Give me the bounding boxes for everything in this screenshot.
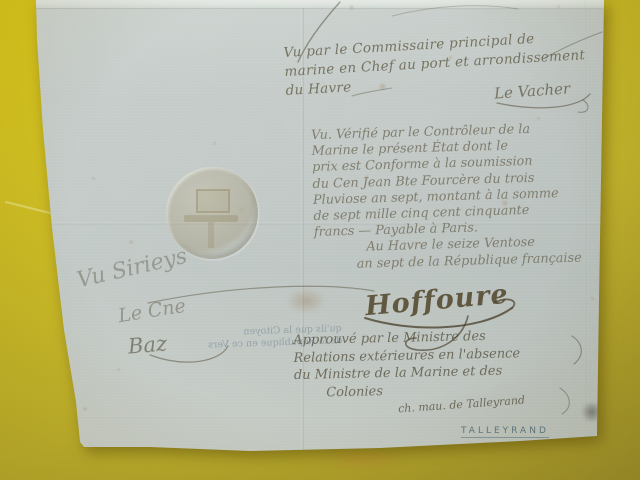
handwritten-line: du Ministre de la Marine et des — [294, 362, 521, 384]
controleur-note: Vu. Vérifié par le Contrôleur de la Mari… — [311, 121, 582, 274]
ink-stain — [286, 288, 326, 314]
paper-shadow-wrap: qu'ils que la Citoyen de la République e… — [0, 0, 640, 480]
manuscript-paper: qu'ils que la Citoyen de la République e… — [0, 0, 640, 480]
signature-le-vacher: Le Vacher — [493, 79, 570, 102]
handwritten-line: Relations extérieures en l'absence — [293, 345, 520, 367]
pencil-caption-talleyrand: TALLEYRAND — [461, 426, 549, 438]
fold-crease-horizontal-bottom — [60, 416, 600, 418]
fold-crease-horizontal-middle — [36, 222, 602, 225]
commissaire-note: Vu par le Commissaire principal de marin… — [283, 27, 587, 101]
handwritten-line: du Havre — [285, 65, 587, 101]
handwritten-line: francs — Payable à Paris. — [314, 218, 581, 242]
signature-hoffoure: Hoffoure — [364, 279, 510, 322]
handwritten-line: an sept de la République française — [357, 250, 582, 272]
ministre-note: Approuvé par le Ministre des Relations e… — [293, 327, 521, 402]
bleed-through-text: qu'ils que la Citoyen de la République e… — [172, 323, 343, 353]
handwritten-line: de sept mille cinq cent cinquante — [313, 202, 580, 226]
photo-background: qu'ils que la Citoyen de la République e… — [0, 0, 640, 480]
fold-crease-top — [36, 0, 604, 9]
embossed-seal — [166, 167, 258, 259]
seal-motif — [196, 189, 230, 213]
handwritten-line: du Cen Jean Bte Fourcère du trois — [312, 169, 579, 193]
fold-crease-vertical-right — [584, 0, 586, 440]
fold-crease-vertical-center — [301, 8, 304, 452]
handwritten-line: Colonies — [326, 380, 521, 402]
handwritten-line: Approuvé par le Ministre des — [293, 327, 520, 349]
handwritten-line: Vu par le Commissaire principal de — [283, 27, 585, 63]
handwritten-line: Au Havre le seize Ventose — [366, 234, 581, 256]
ink-flourishes — [0, 0, 640, 480]
handwritten-line: marine en Chef au port et arrondissement — [284, 46, 586, 82]
handwritten-line: Pluviose an sept, montant à la somme — [313, 185, 580, 209]
pencil-smudge — [580, 402, 604, 422]
left-signature-2: Le Cne — [117, 295, 188, 327]
seal-motif-stem — [208, 222, 214, 248]
handwritten-line: Vu. Vérifié par le Contrôleur de la — [311, 121, 578, 145]
bleed-line: de la République en ce Vers — [172, 335, 342, 353]
signature-talleyrand: ch. mau. de Talleyrand — [398, 394, 526, 416]
left-signature-1: Vu Sirieys — [75, 244, 190, 294]
left-signature-3: Baz — [127, 331, 168, 358]
handwritten-line: prix est Conforme à la soumission — [312, 153, 579, 177]
seal-motif-bar — [184, 215, 238, 222]
handwritten-line: Marine le présent État dont le — [311, 137, 578, 161]
bleed-line: qu'ils que la Citoyen — [172, 323, 342, 341]
